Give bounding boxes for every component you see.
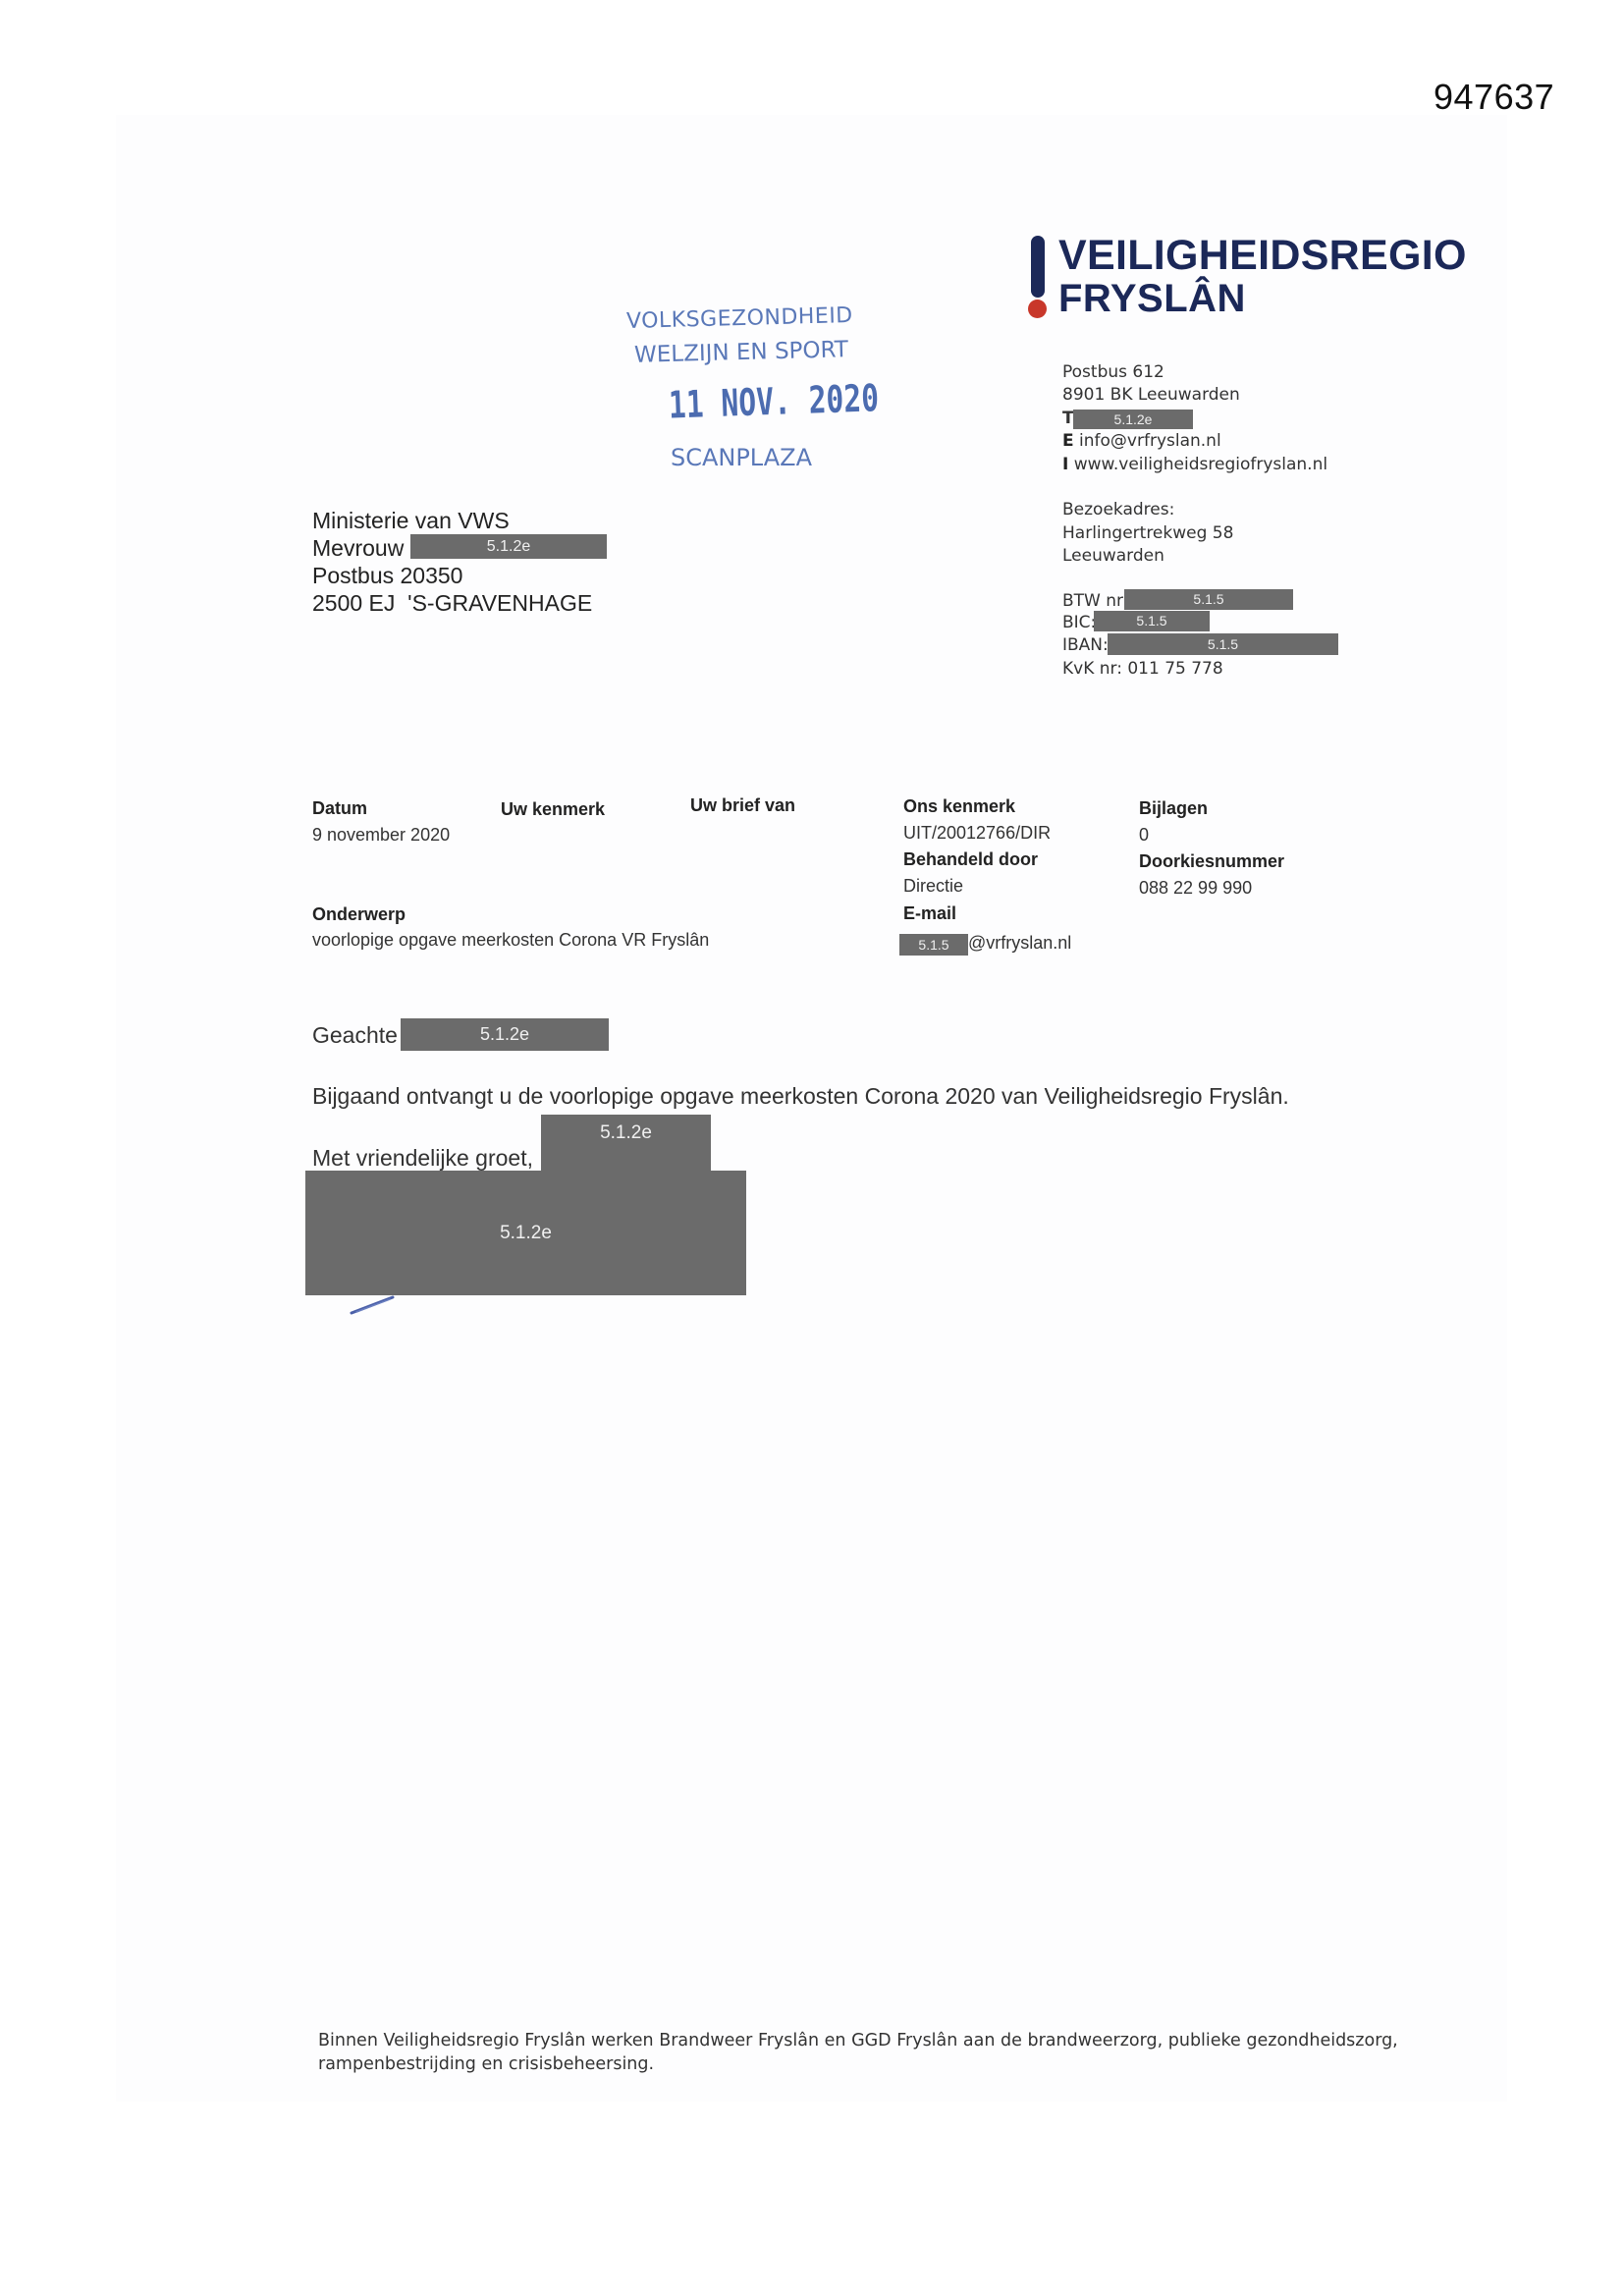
sender-email[interactable]: info@vrfryslan.nl	[1079, 431, 1221, 451]
salutation: Geachte	[312, 1022, 398, 1049]
logo-text-line2: FRYSLÂN	[1058, 277, 1246, 321]
behandeld-door-value: Directie	[903, 876, 963, 897]
ons-kenmerk-value: UIT/20012766/DIR	[903, 823, 1051, 844]
redaction-iban: 5.1.5	[1108, 633, 1338, 655]
redaction-signature: 5.1.2e	[305, 1171, 746, 1295]
footer-line1: Binnen Veiligheidsregio Fryslân werken B…	[318, 2029, 1398, 2052]
redaction-btw: 5.1.5	[1124, 589, 1293, 610]
sender-web-label: I	[1062, 455, 1068, 474]
sender-postbus: Postbus 612	[1062, 361, 1164, 385]
onderwerp-value: voorlopige opgave meerkosten Corona VR F…	[312, 930, 709, 951]
sender-web-line: I www.veiligheidsregiofryslan.nl	[1062, 454, 1327, 477]
btw-label: BTW nr:	[1062, 590, 1128, 614]
redaction-recipient-name: 5.1.2e	[410, 534, 607, 559]
bic-label: BIC:	[1062, 612, 1096, 635]
recipient-line1: Ministerie van VWS	[312, 507, 592, 534]
uw-kenmerk-label: Uw kenmerk	[501, 799, 605, 820]
bijlagen-value: 0	[1139, 825, 1149, 846]
visit-street: Harlingertrekweg 58	[1062, 522, 1233, 546]
redaction-salutation-name: 5.1.2e	[401, 1018, 609, 1051]
signature-stroke-icon	[349, 1294, 398, 1316]
redaction-phone: 5.1.2e	[1073, 410, 1193, 429]
letter-body: Bijgaand ontvangt u de voorlopige opgave…	[312, 1083, 1289, 1110]
sender-email-label: E	[1062, 431, 1074, 451]
sender-web[interactable]: www.veiligheidsregiofryslan.nl	[1074, 455, 1327, 474]
recipient-line4: 2500 EJ 'S-GRAVENHAGE	[312, 589, 592, 617]
recipient-title: Mevrouw	[312, 535, 404, 561]
bijlagen-label: Bijlagen	[1139, 798, 1208, 819]
stamp-date: 11 NOV. 2020	[668, 378, 815, 426]
footer-text: Binnen Veiligheidsregio Fryslân werken B…	[318, 2029, 1398, 2076]
redaction-closing: 5.1.2e	[541, 1115, 711, 1172]
redaction-bic: 5.1.5	[1094, 611, 1210, 631]
email-suffix: @vrfryslan.nl	[968, 933, 1071, 954]
behandeld-door-label: Behandeld door	[903, 849, 1038, 870]
doorkiesnummer-value: 088 22 99 990	[1139, 878, 1252, 899]
doorkiesnummer-label: Doorkiesnummer	[1139, 851, 1284, 872]
datum-label: Datum	[312, 798, 367, 819]
stamp-line4: SCANPLAZA	[643, 444, 839, 471]
datum-value: 9 november 2020	[312, 825, 450, 846]
sender-postcode-city: 8901 BK Leeuwarden	[1062, 384, 1240, 408]
email-label: E-mail	[903, 903, 956, 924]
visit-city: Leeuwarden	[1062, 545, 1164, 569]
onderwerp-label: Onderwerp	[312, 904, 406, 925]
logo-exclamation-dot-icon	[1028, 300, 1047, 318]
logo-text-line1: VEILIGHEIDSREGIO	[1058, 232, 1467, 280]
visit-address-label: Bezoekadres:	[1062, 499, 1174, 522]
kvk-number: KvK nr: 011 75 778	[1062, 658, 1223, 682]
ons-kenmerk-label: Ons kenmerk	[903, 796, 1015, 817]
closing: Met vriendelijke groet,	[312, 1145, 533, 1172]
sender-phone-label: T	[1062, 408, 1074, 431]
redaction-email: 5.1.5	[899, 934, 968, 956]
iban-label: IBAN:	[1062, 634, 1109, 658]
logo-exclamation-bar-icon	[1031, 236, 1045, 298]
sender-email-line: E info@vrfryslan.nl	[1062, 430, 1221, 454]
uw-brief-van-label: Uw brief van	[690, 795, 795, 816]
footer-line2: rampenbestrijding en crisisbeheersing.	[318, 2052, 1398, 2076]
recipient-line3: Postbus 20350	[312, 562, 592, 589]
recipient-address: Ministerie van VWS Mevrouw Postbus 20350…	[312, 507, 592, 617]
page-number: 947637	[1434, 77, 1554, 118]
